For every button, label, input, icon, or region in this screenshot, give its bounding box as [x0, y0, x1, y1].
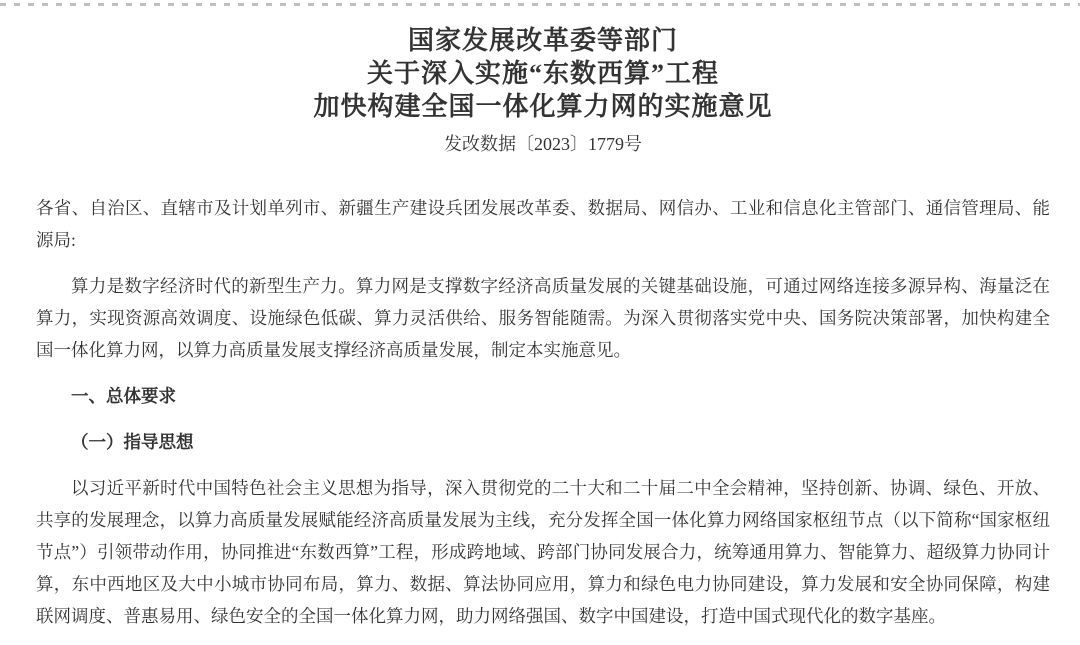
section-heading: 一、总体要求: [36, 380, 1050, 412]
document-page: 国家发展改革委等部门 关于深入实施“东数西算”工程 加快构建全国一体化算力网的实…: [0, 0, 1080, 632]
intro-paragraph: 算力是数字经济时代的新型生产力。算力网是支撑数字经济高质量发展的关键基础设施，可…: [36, 270, 1050, 366]
subsection-heading: （一）指导思想: [36, 426, 1050, 458]
guiding-thought-paragraph: 以习近平新时代中国特色社会主义思想为指导，深入贯彻党的二十大和二十届二中全会精神…: [36, 472, 1050, 632]
document-title-line-3: 加快构建全国一体化算力网的实施意见: [36, 90, 1050, 123]
document-title-line-2: 关于深入实施“东数西算”工程: [36, 57, 1050, 90]
document-number: 发改数据〔2023〕1779号: [36, 132, 1050, 156]
top-dashed-divider: [0, 3, 1080, 6]
salutation: 各省、自治区、直辖市及计划单列市、新疆生产建设兵团发展改革委、数据局、网信办、工…: [36, 192, 1050, 256]
document-title-line-1: 国家发展改革委等部门: [36, 24, 1050, 57]
document-title: 国家发展改革委等部门 关于深入实施“东数西算”工程 加快构建全国一体化算力网的实…: [36, 24, 1050, 123]
